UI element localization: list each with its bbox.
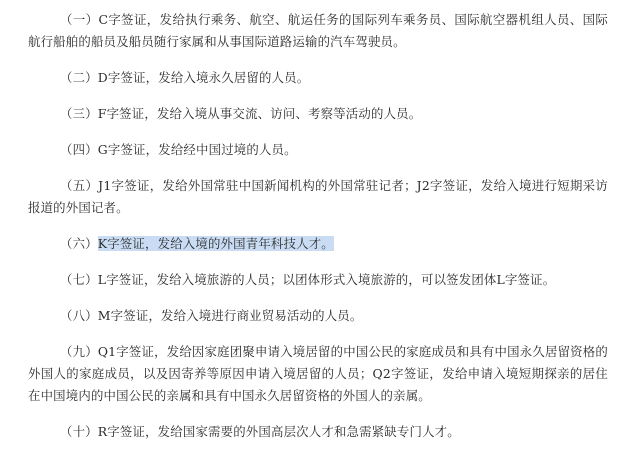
highlighted-selection[interactable]: K字签证，发给入境的外国青年科技人才。 [98,236,334,251]
paragraph-j-visa[interactable]: （五）J1字签证，发给外国常驻中国新闻机构的外国常驻记者；J2字签证，发给入境进… [28,175,608,219]
item-text: L字签证，发给入境旅游的人员；以团体形式入境旅游的，可以签发团体L字签证。 [98,272,556,287]
paragraph-m-visa[interactable]: （八）M字签证，发给入境进行商业贸易活动的人员。 [28,305,608,327]
item-text: D字签证，发给入境永久居留的人员。 [98,70,310,85]
item-text: M字签证，发给入境进行商业贸易活动的人员。 [98,308,363,323]
paragraph-k-visa[interactable]: （六）K字签证，发给入境的外国青年科技人才。 [28,233,608,255]
paragraph-q-visa[interactable]: （九）Q1字签证，发给因家庭团聚申请入境居留的中国公民的家庭成员和具有中国永久居… [28,341,608,400]
item-text: J1字签证，发给外国常驻中国新闻机构的外国常驻记者；J2字签证，发给入境进行短期… [28,178,608,215]
item-number: （三） [60,106,98,121]
item-number: （七） [60,272,98,287]
paragraph-l-visa[interactable]: （七）L字签证，发给入境旅游的人员；以团体形式入境旅游的，可以签发团体L字签证。 [28,269,608,291]
item-text: G字签证，发给经中国过境的人员。 [98,142,297,157]
item-number: （五） [60,178,98,193]
paragraph-f-visa[interactable]: （三）F字签证，发给入境从事交流、访问、考察等活动的人员。 [28,103,608,125]
paragraph-g-visa[interactable]: （四）G字签证，发给经中国过境的人员。 [28,139,608,161]
paragraph-c-visa[interactable]: （一）C字签证，发给执行乘务、航空、航运任务的国际列车乘务员、国际航空器机组人员… [28,9,608,53]
item-number: （六） [60,236,98,251]
item-text: F字签证，发给入境从事交流、访问、考察等活动的人员。 [98,106,422,121]
item-number: （九） [60,344,98,359]
paragraph-d-visa[interactable]: （二）D字签证，发给入境永久居留的人员。 [28,67,608,89]
item-number: （一） [60,12,98,27]
item-number: （四） [60,142,98,157]
item-number: （二） [60,70,98,85]
item-number: （八） [60,308,98,323]
item-text: Q1字签证，发给因家庭团聚申请入境居留的中国公民的家庭成员和具有中国永久居留资格… [28,344,608,400]
document-body: （一）C字签证，发给执行乘务、航空、航运任务的国际列车乘务员、国际航空器机组人员… [28,9,608,400]
item-text: C字签证，发给执行乘务、航空、航运任务的国际列车乘务员、国际航空器机组人员、国际… [28,12,608,49]
